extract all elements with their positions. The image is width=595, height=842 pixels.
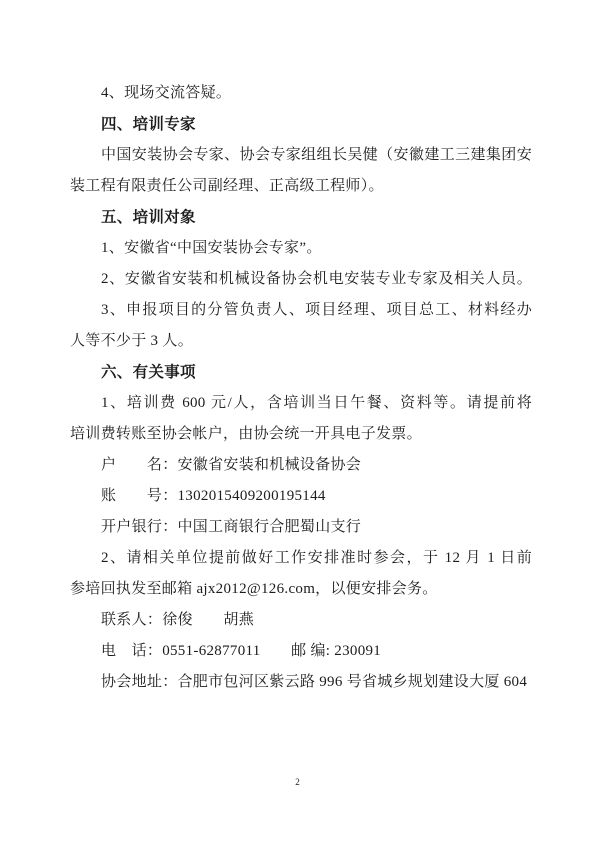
- document-line: 参培回执发至邮箱 ajx2012@126.com，以便安排会务。: [70, 574, 532, 605]
- document-line: 电 话：0551-62877011 邮 编: 230091: [70, 636, 532, 667]
- document-line: 3、申报项目的分管负责人、项目经理、项目总工、材料经办: [70, 295, 532, 326]
- document-line: 培训费转账至协会帐户，由协会统一开具电子发票。: [70, 419, 532, 450]
- document-line: 联系人：徐俊 胡燕: [70, 605, 532, 636]
- document-body: 4、现场交流答疑。 四、培训专家 中国安装协会专家、协会专家组组长吴健（安徽建工…: [70, 78, 532, 698]
- document-line: 1、安徽省“中国安装协会专家”。: [70, 233, 532, 264]
- document-line: 2、安徽省安装和机械设备协会机电安装专业专家及相关人员。: [70, 264, 532, 295]
- document-line: 中国安装协会专家、协会专家组组长吴健（安徽建工三建集团安: [70, 140, 532, 171]
- document-line: 人等不少于 3 人。: [70, 326, 532, 357]
- section-heading: 六、有关事项: [70, 357, 532, 388]
- section-heading: 四、培训专家: [70, 109, 532, 140]
- document-line: 装工程有限责任公司副经理、正高级工程师）。: [70, 171, 532, 202]
- document-line: 开户银行：中国工商银行合肥蜀山支行: [70, 512, 532, 543]
- document-line: 1、培训费 600 元/人，含培训当日午餐、资料等。请提前将: [70, 388, 532, 419]
- document-line: 4、现场交流答疑。: [70, 78, 532, 109]
- section-heading: 五、培训对象: [70, 202, 532, 233]
- page-number: 2: [0, 776, 595, 788]
- document-line: 账 号：1302015409200195144: [70, 481, 532, 512]
- document-line: 协会地址：合肥市包河区紫云路 996 号省城乡规划建设大厦 604 室: [70, 667, 532, 698]
- document-page: 4、现场交流答疑。 四、培训专家 中国安装协会专家、协会专家组组长吴健（安徽建工…: [0, 0, 595, 842]
- document-line: 2、请相关单位提前做好工作安排准时参会，于 12 月 1 日前: [70, 543, 532, 574]
- document-line: 户 名：安徽省安装和机械设备协会: [70, 450, 532, 481]
